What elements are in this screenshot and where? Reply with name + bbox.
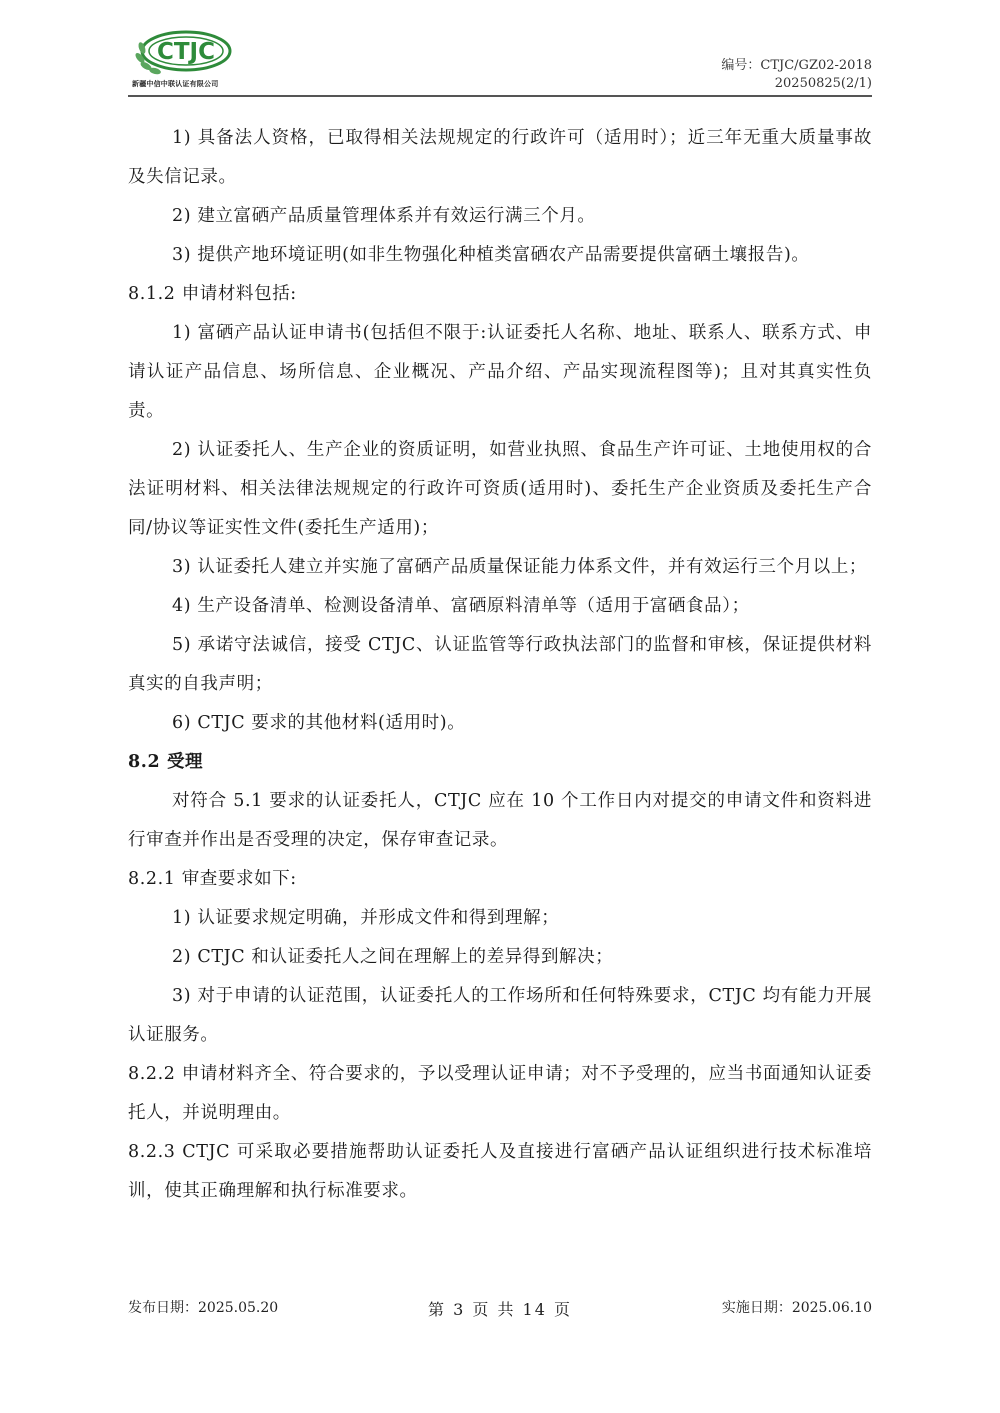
paragraph: 3) 对于申请的认证范围，认证委托人的工作场所和任何特殊要求，CTJC 均有能力… [128,977,872,1055]
paragraph: 1) 认证要求规定明确，并形成文件和得到理解； [128,899,872,938]
paragraph: 3) 提供产地环境证明(如非生物强化种植类富硒农产品需要提供富硒土壤报告)。 [128,236,872,275]
section-heading-8-2: 8.2 受理 [128,743,872,782]
paragraph: 1) 具备法人资格，已取得相关法规规定的行政许可（适用时）；近三年无重大质量事故… [128,119,872,197]
page-footer: 发布日期：2025.05.20 第 3 页 共 14 页 实施日期：2025.0… [128,1297,872,1321]
document-meta: 编号：CTJC/GZ02-2018 20250825(2/1) [721,57,872,93]
paragraph: 5) 承诺守法诚信，接受 CTJC、认证监管等行政执法部门的监督和审核，保证提供… [128,626,872,704]
paragraph: 2) 认证委托人、生产企业的资质证明，如营业执照、食品生产许可证、土地使用权的合… [128,431,872,548]
page-header: CTJC 新疆中信中联认证有限公司 编号：CTJC/GZ02-2018 2025… [128,28,872,96]
paragraph: 3) 认证委托人建立并实施了富硒产品质量保证能力体系文件，并有效运行三个月以上； [128,548,872,587]
paragraph: 2) 建立富硒产品质量管理体系并有效运行满三个月。 [128,197,872,236]
clause-8-2-2: 8.2.2 申请材料齐全、符合要求的，予以受理认证申请；对不予受理的，应当书面通… [128,1055,872,1133]
ctjc-logo-icon: CTJC [128,28,238,80]
paragraph: 6) CTJC 要求的其他材料(适用时)。 [128,704,872,743]
document-number: 编号：CTJC/GZ02-2018 [721,57,872,75]
paragraph: 4) 生产设备清单、检测设备清单、富硒原料清单等（适用于富硒食品）； [128,587,872,626]
section-heading-8-2-1: 8.2.1 审查要求如下: [128,860,872,899]
paragraph: 对符合 5.1 要求的认证委托人，CTJC 应在 10 个工作日内对提交的申请文… [128,782,872,860]
company-name: 新疆中信中联认证有限公司 [132,79,218,89]
document-body: 1) 具备法人资格，已取得相关法规规定的行政许可（适用时）；近三年无重大质量事故… [128,119,872,1211]
document-page: CTJC 新疆中信中联认证有限公司 编号：CTJC/GZ02-2018 2025… [0,0,1000,1413]
header-divider [128,95,872,97]
paragraph: 2) CTJC 和认证委托人之间在理解上的差异得到解决； [128,938,872,977]
effective-date: 实施日期：2025.06.10 [722,1297,872,1317]
document-revision: 20250825(2/1) [721,75,872,93]
publish-date: 发布日期：2025.05.20 [128,1297,278,1317]
section-heading-8-1-2: 8.1.2 申请材料包括: [128,275,872,314]
paragraph: 1) 富硒产品认证申请书(包括但不限于:认证委托人名称、地址、联系人、联系方式、… [128,314,872,431]
page-number: 第 3 页 共 14 页 [428,1297,572,1320]
company-logo: CTJC 新疆中信中联认证有限公司 [128,28,238,88]
svg-text:CTJC: CTJC [157,39,215,65]
clause-8-2-3: 8.2.3 CTJC 可采取必要措施帮助认证委托人及直接进行富硒产品认证组织进行… [128,1133,872,1211]
